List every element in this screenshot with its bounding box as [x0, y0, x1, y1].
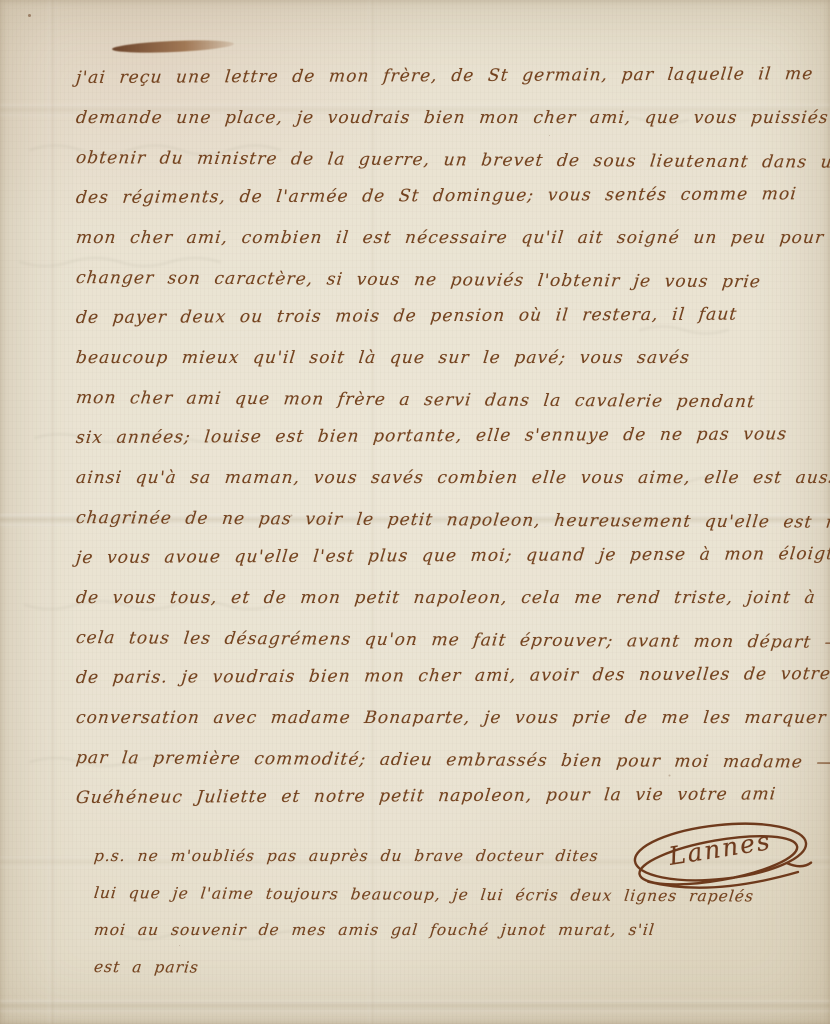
letter-page: j'ai reçu une lettre de mon frère, de St… — [0, 0, 830, 1024]
letter-line: Guéhéneuc Juliette et notre petit napole… — [74, 774, 798, 818]
letter-line: de payer deux ou trois mois de pension o… — [74, 294, 798, 338]
letter-line: conversation avec madame Bonaparte, je v… — [74, 698, 798, 738]
postscript-line: est a paris — [92, 949, 798, 990]
letter-line: demande une place, je voudrais bien mon … — [74, 98, 798, 138]
fold-crease — [0, 1000, 830, 1012]
letter-line: de paris. je voudrais bien mon cher ami,… — [74, 654, 798, 698]
postscript-line: moi au souvenir de mes amis gal fouché j… — [92, 912, 798, 949]
letter-line: ainsi qu'à sa maman, vous savés combien … — [74, 458, 798, 498]
letter-line: de vous tous, et de mon petit napoleon, … — [74, 578, 798, 618]
letter-line: six années; louise est bien portante, el… — [74, 414, 798, 458]
letter-line: mon cher ami, combien il est nécessaire … — [74, 218, 798, 258]
letter-line: beaucoup mieux qu'il soit là que sur le … — [74, 338, 798, 378]
letter-line: des régiments, de l'armée de St domingue… — [74, 174, 798, 218]
letter-line: je vous avoue qu'elle l'est plus que moi… — [74, 534, 798, 578]
letter-line: j'ai reçu une lettre de mon frère, de St… — [74, 54, 798, 98]
